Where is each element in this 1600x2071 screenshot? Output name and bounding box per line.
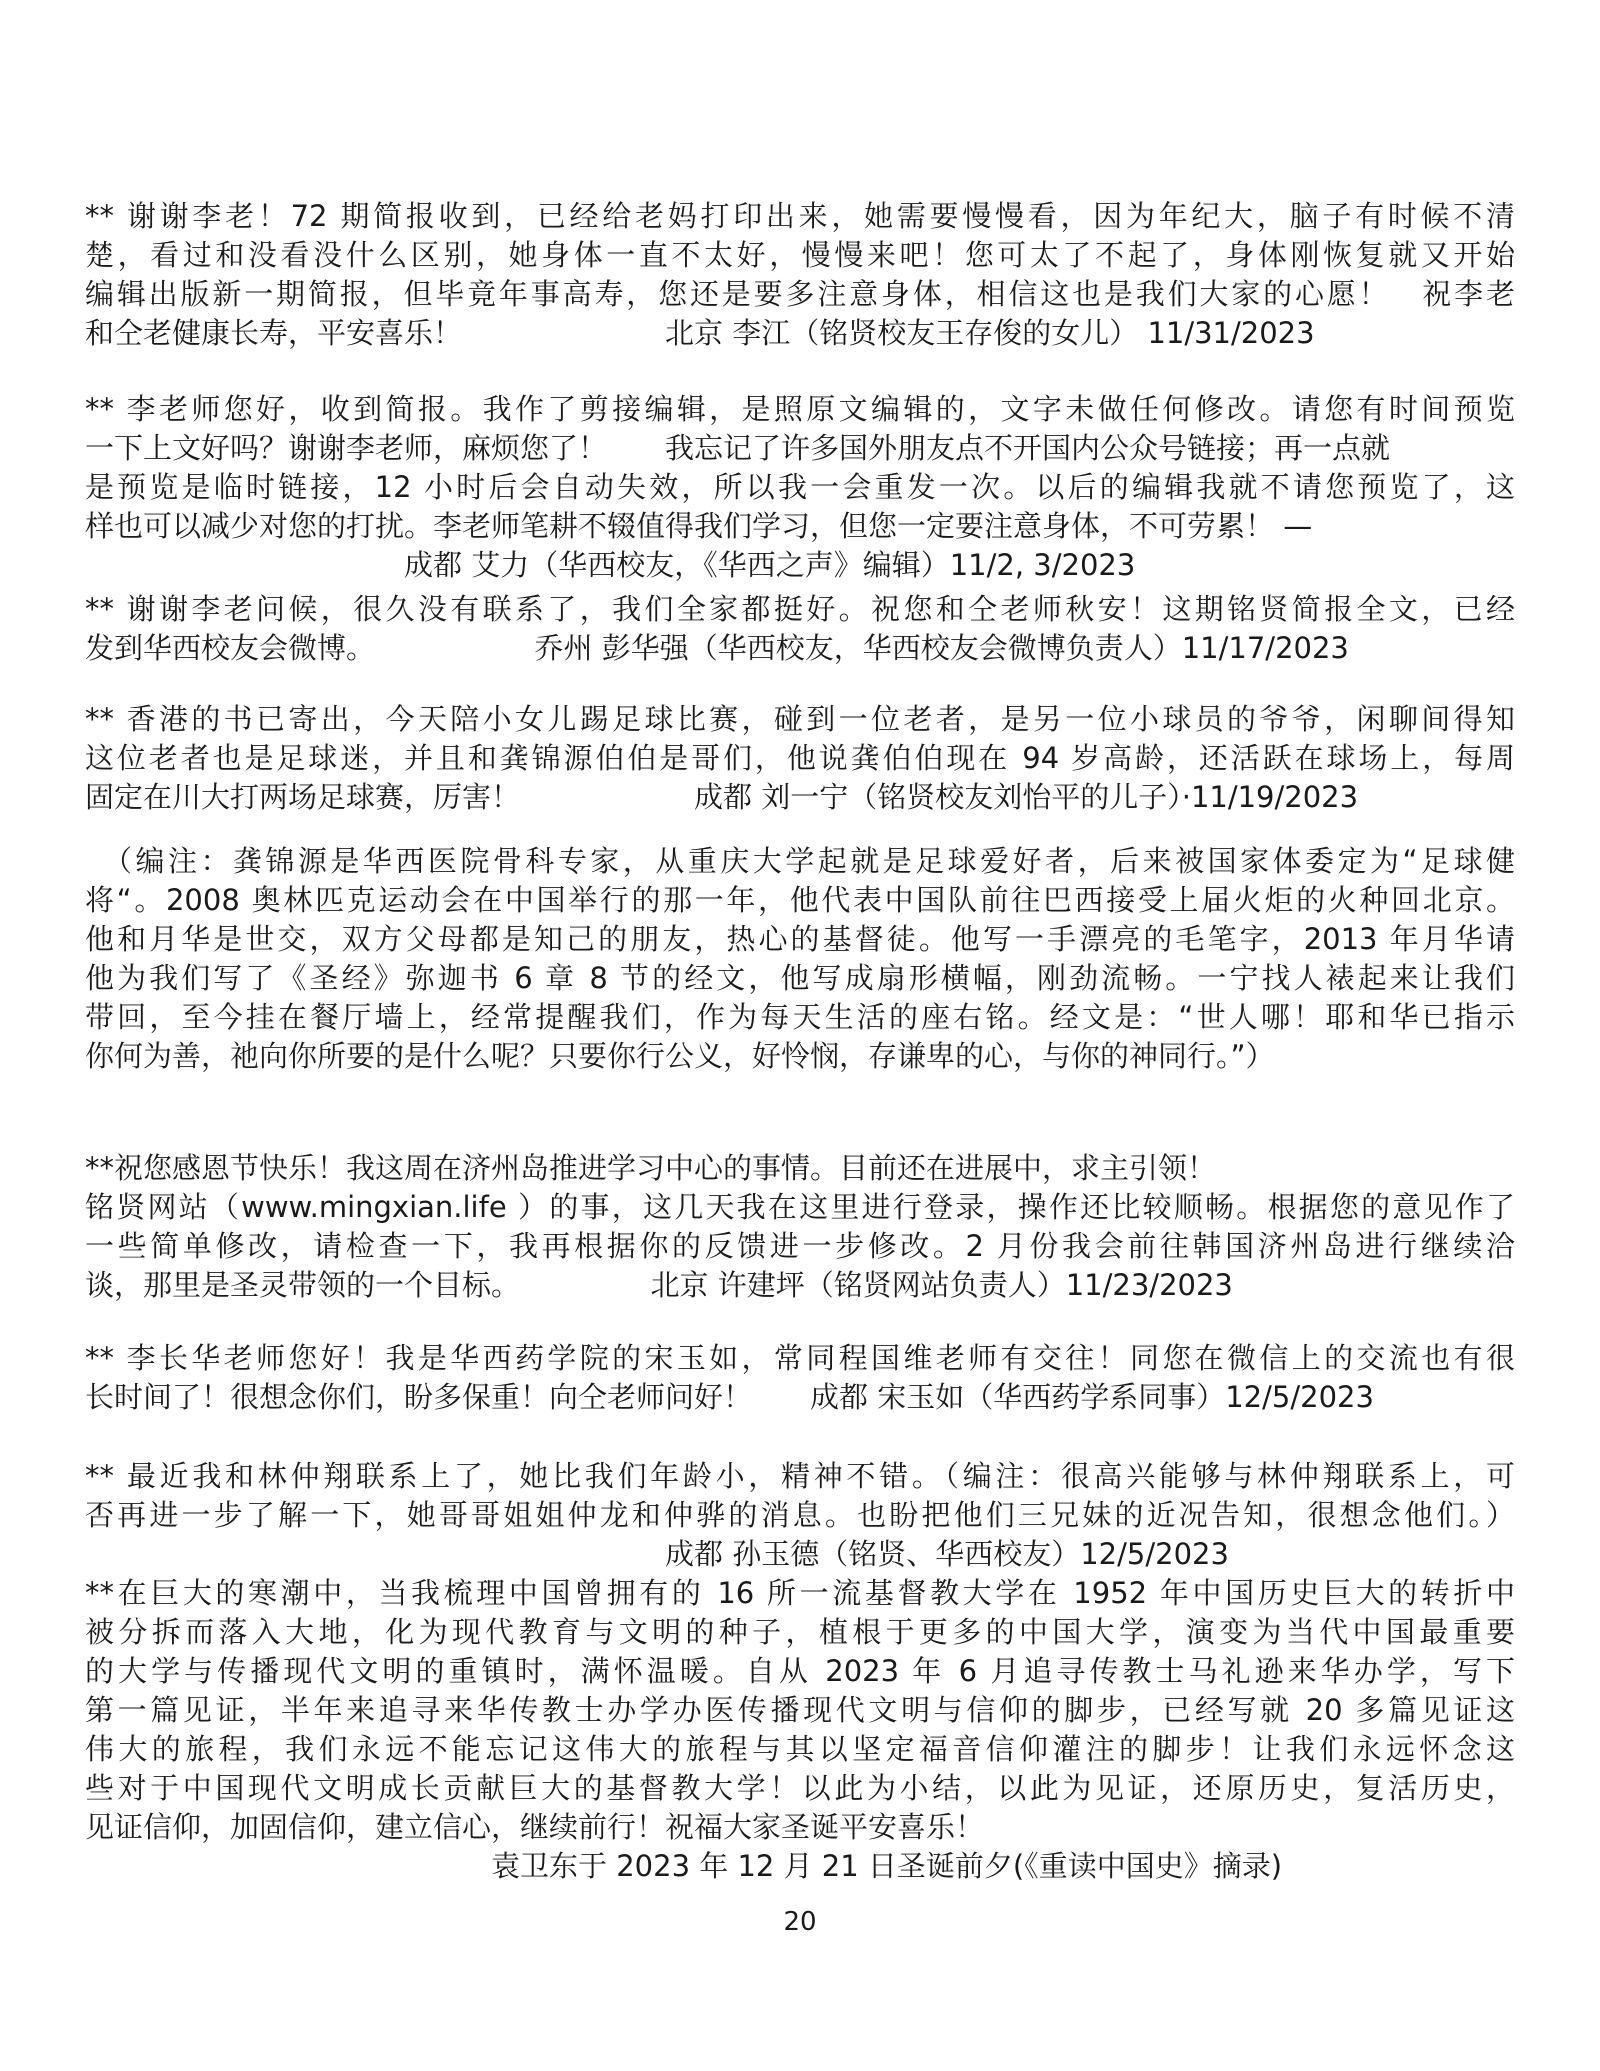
paragraph: **祝您感恩节快乐！我这周在济州岛推进学习中心的事情。目前还在进展中，求主引领！… — [85, 1149, 1515, 1305]
paragraph: ** 谢谢李老！72 期简报收到，已经给老妈打印出来，她需要慢慢看，因为年纪大，… — [85, 197, 1515, 353]
paragraph: ** 谢谢李老问候，很久没有联系了，我们全家都挺好。祝您和仝老师秋安！这期铭贤简… — [85, 590, 1515, 668]
paragraph: ** 李长华老师您好！我是华西药学院的宋玉如，常同程国维老师有交往！同您在微信上… — [85, 1339, 1515, 1417]
text-line: 这位老者也是足球迷，并且和龚锦源伯伯是哥们，他说龚伯伯现在 94 岁高龄，还活跃… — [85, 739, 1515, 778]
text-line: 伟大的旅程，我们永远不能忘记这伟大的旅程与其以坚定福音信仰灌注的脚步！让我们永远… — [85, 1730, 1515, 1769]
paragraph: （编注：龚锦源是华西医院骨科专家，从重庆大学起就是足球爱好者，后来被国家体委定为… — [85, 842, 1515, 1076]
page-body: ** 谢谢李老！72 期简报收到，已经给老妈打印出来，她需要慢慢看，因为年纪大，… — [85, 197, 1515, 1911]
text-line: 他为我们写了《圣经》弥迦书 6 章 8 节的经文，他写成扇形横幅，刚劲流畅。一宁… — [85, 959, 1515, 998]
paragraph: ** 香港的书已寄出，今天陪小女儿踢足球比赛，碰到一位老者，是另一位小球员的爷爷… — [85, 700, 1515, 817]
text-line: 固定在川大打两场足球赛，厉害！ 成都 刘一宁（铭贤校友刘怡平的儿子）·11/19… — [85, 778, 1515, 817]
text-line: **祝您感恩节快乐！我这周在济州岛推进学习中心的事情。目前还在进展中，求主引领！ — [85, 1149, 1515, 1188]
newsletter-page: ** 谢谢李老！72 期简报收到，已经给老妈打印出来，她需要慢慢看，因为年纪大，… — [0, 0, 1600, 2071]
text-line: 谈，那里是圣灵带领的一个目标。 北京 许建坪（铭贤网站负责人）11/23/202… — [85, 1266, 1515, 1305]
text-line: 样也可以减少对您的打扰。李老师笔耕不辍值得我们学习，但您一定要注意身体，不可劳累… — [85, 507, 1515, 546]
text-line: 些对于中国现代文明成长贡献巨大的基督教大学！以此为小结，以此为见证，还原历史，复… — [85, 1769, 1515, 1808]
text-line: 他和月华是世交，双方父母都是知己的朋友，热心的基督徒。他写一手漂亮的毛笔字，20… — [85, 920, 1515, 959]
page-number: 20 — [783, 1905, 816, 1939]
text-line: 带回，至今挂在餐厅墙上，经常提醒我们，作为每天生活的座右铭。经文是：“世人哪！耶… — [85, 998, 1515, 1037]
text-line: 一下上文好吗？谢谢李老师，麻烦您了！ 我忘记了许多国外朋友点不开国内公众号链接；… — [85, 429, 1515, 468]
text-line: **在巨大的寒潮中，当我梳理中国曾拥有的 16 所一流基督教大学在 1952 年… — [85, 1574, 1515, 1613]
text-line: ** 李长华老师您好！我是华西药学院的宋玉如，常同程国维老师有交往！同您在微信上… — [85, 1339, 1515, 1378]
text-line: 一些简单修改，请检查一下，我再根据你的反馈进一步修改。2 月份我会前往韩国济州岛… — [85, 1227, 1515, 1266]
text-line: ** 谢谢李老问候，很久没有联系了，我们全家都挺好。祝您和仝老师秋安！这期铭贤简… — [85, 590, 1515, 629]
text-line: 发到华西校友会微博。 乔州 彭华强（华西校友，华西校友会微博负责人）11/17/… — [85, 629, 1515, 668]
text-line: 袁卫东于 2023 年 12 月 21 日圣诞前夕(《重读中国史》摘录) — [85, 1847, 1515, 1886]
text-line: 铭贤网站（www.mingxian.life ）的事，这几天我在这里进行登录，操… — [85, 1188, 1515, 1227]
text-line: 长时间了！很想念你们，盼多保重！向仝老师问好！ 成都 宋玉如（华西药学系同事）1… — [85, 1378, 1515, 1417]
page-footer: 20 — [0, 1905, 1600, 1939]
text-line: 你何为善，祂向你所要的是什么呢？只要你行公义，好怜悯，存谦卑的心，与你的神同行。… — [85, 1037, 1515, 1076]
paragraph: ** 李老师您好，收到简报。我作了剪接编辑，是照原文编辑的，文字未做任何修改。请… — [85, 390, 1515, 585]
text-line: 成都 艾力（华西校友，《华西之声》编辑）11/2, 3/2023 — [85, 546, 1515, 585]
text-line: 否再进一步了解一下，她哥哥姐姐仲龙和仲骅的消息。也盼把他们三兄妹的近况告知，很想… — [85, 1496, 1515, 1535]
paragraph: **在巨大的寒潮中，当我梳理中国曾拥有的 16 所一流基督教大学在 1952 年… — [85, 1574, 1515, 1886]
text-line: 编辑出版新一期简报，但毕竟年事高寿，您还是要多注意身体，相信这也是我们大家的心愿… — [85, 275, 1515, 314]
text-line: 成都 孙玉德（铭贤、华西校友）12/5/2023 — [85, 1535, 1515, 1574]
text-line: 是预览是临时链接，12 小时后会自动失效，所以我一会重发一次。以后的编辑我就不请… — [85, 468, 1515, 507]
paragraph: ** 最近我和林仲翔联系上了，她比我们年龄小，精神不错。（编注：很高兴能够与林仲… — [85, 1457, 1515, 1574]
text-line: 楚，看过和没看没什么区别，她身体一直不太好，慢慢来吧！您可太了不起了，身体刚恢复… — [85, 236, 1515, 275]
text-line: 见证信仰，加固信仰，建立信心，继续前行！祝福大家圣诞平安喜乐！ — [85, 1808, 1515, 1847]
text-line: 的大学与传播现代文明的重镇时，满怀温暖。自从 2023 年 6 月追寻传教士马礼… — [85, 1652, 1515, 1691]
text-line: ** 李老师您好，收到简报。我作了剪接编辑，是照原文编辑的，文字未做任何修改。请… — [85, 390, 1515, 429]
text-line: 被分拆而落入大地，化为现代教育与文明的种子，植根于更多的中国大学，演变为当代中国… — [85, 1613, 1515, 1652]
text-line: ** 香港的书已寄出，今天陪小女儿踢足球比赛，碰到一位老者，是另一位小球员的爷爷… — [85, 700, 1515, 739]
text-line: （编注：龚锦源是华西医院骨科专家，从重庆大学起就是足球爱好者，后来被国家体委定为… — [85, 842, 1515, 881]
text-line: 和仝老健康长寿，平安喜乐！ 北京 李江（铭贤校友王存俊的女儿） 11/31/20… — [85, 314, 1515, 353]
text-line: ** 最近我和林仲翔联系上了，她比我们年龄小，精神不错。（编注：很高兴能够与林仲… — [85, 1457, 1515, 1496]
text-line: 将“。2008 奥林匹克运动会在中国举行的那一年，他代表中国队前往巴西接受上届火… — [85, 881, 1515, 920]
text-line: ** 谢谢李老！72 期简报收到，已经给老妈打印出来，她需要慢慢看，因为年纪大，… — [85, 197, 1515, 236]
text-line: 第一篇见证，半年来追寻来华传教士办学办医传播现代文明与信仰的脚步，已经写就 20… — [85, 1691, 1515, 1730]
